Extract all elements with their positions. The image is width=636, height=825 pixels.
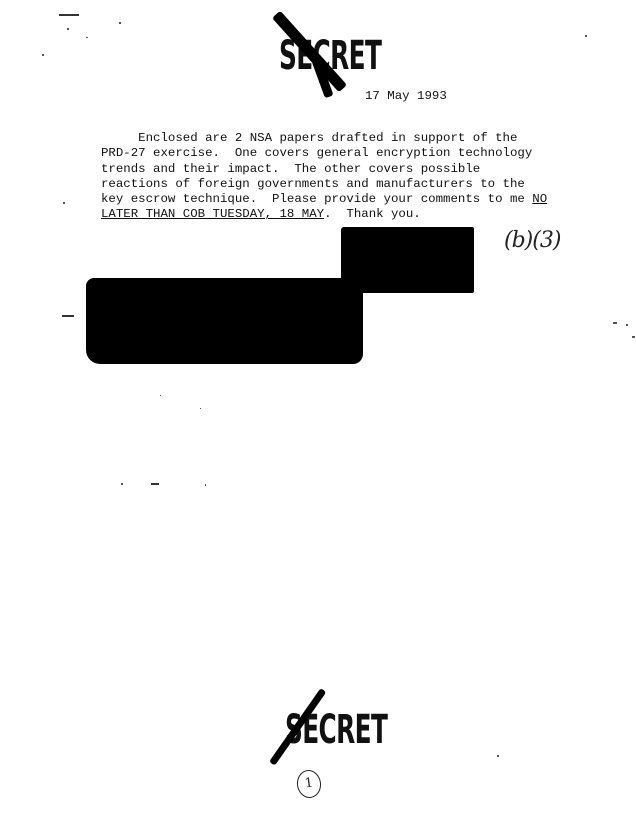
scan-mark — [62, 315, 74, 317]
body-line: Enclosed are 2 NSA papers drafted in sup… — [101, 131, 571, 146]
body-line: LATER THAN COB TUESDAY, 18 MAY. Thank yo… — [101, 207, 571, 222]
body-line: trends and their impact. The other cover… — [101, 162, 571, 177]
body-line-text: . Thank you. — [324, 207, 421, 221]
memo-body: Enclosed are 2 NSA papers drafted in sup… — [101, 131, 571, 223]
page-number: 1 — [295, 768, 323, 799]
exemption-annotation: (b)(3) — [504, 228, 560, 253]
scan-mark — [160, 395, 161, 396]
body-line-text: key escrow technique. Please provide you… — [101, 192, 532, 206]
scan-mark — [200, 408, 201, 409]
scan-mark — [119, 22, 121, 24]
body-line: PRD-27 exercise. One covers general encr… — [101, 146, 571, 161]
scan-mark — [86, 37, 88, 38]
scan-mark — [63, 202, 65, 204]
body-line: key escrow technique. Please provide you… — [101, 192, 571, 207]
redaction-block — [86, 278, 363, 364]
scan-mark — [632, 336, 635, 338]
scan-mark — [626, 324, 628, 326]
scan-mark — [121, 483, 123, 485]
scan-mark — [585, 35, 587, 37]
scan-mark — [59, 14, 79, 16]
scan-mark — [205, 484, 206, 486]
deadline-emphasis: NO — [532, 192, 547, 206]
scan-mark — [67, 28, 69, 30]
deadline-emphasis: LATER THAN COB TUESDAY, 18 MAY — [101, 207, 324, 221]
scan-mark — [613, 322, 617, 324]
document-page: SECRET 17 May 1993 Enclosed are 2 NSA pa… — [0, 0, 636, 825]
scan-mark — [42, 54, 44, 56]
document-date: 17 May 1993 — [365, 89, 447, 103]
body-line: reactions of foreign governments and man… — [101, 177, 571, 192]
scan-mark — [151, 483, 159, 485]
scan-mark — [497, 755, 499, 757]
